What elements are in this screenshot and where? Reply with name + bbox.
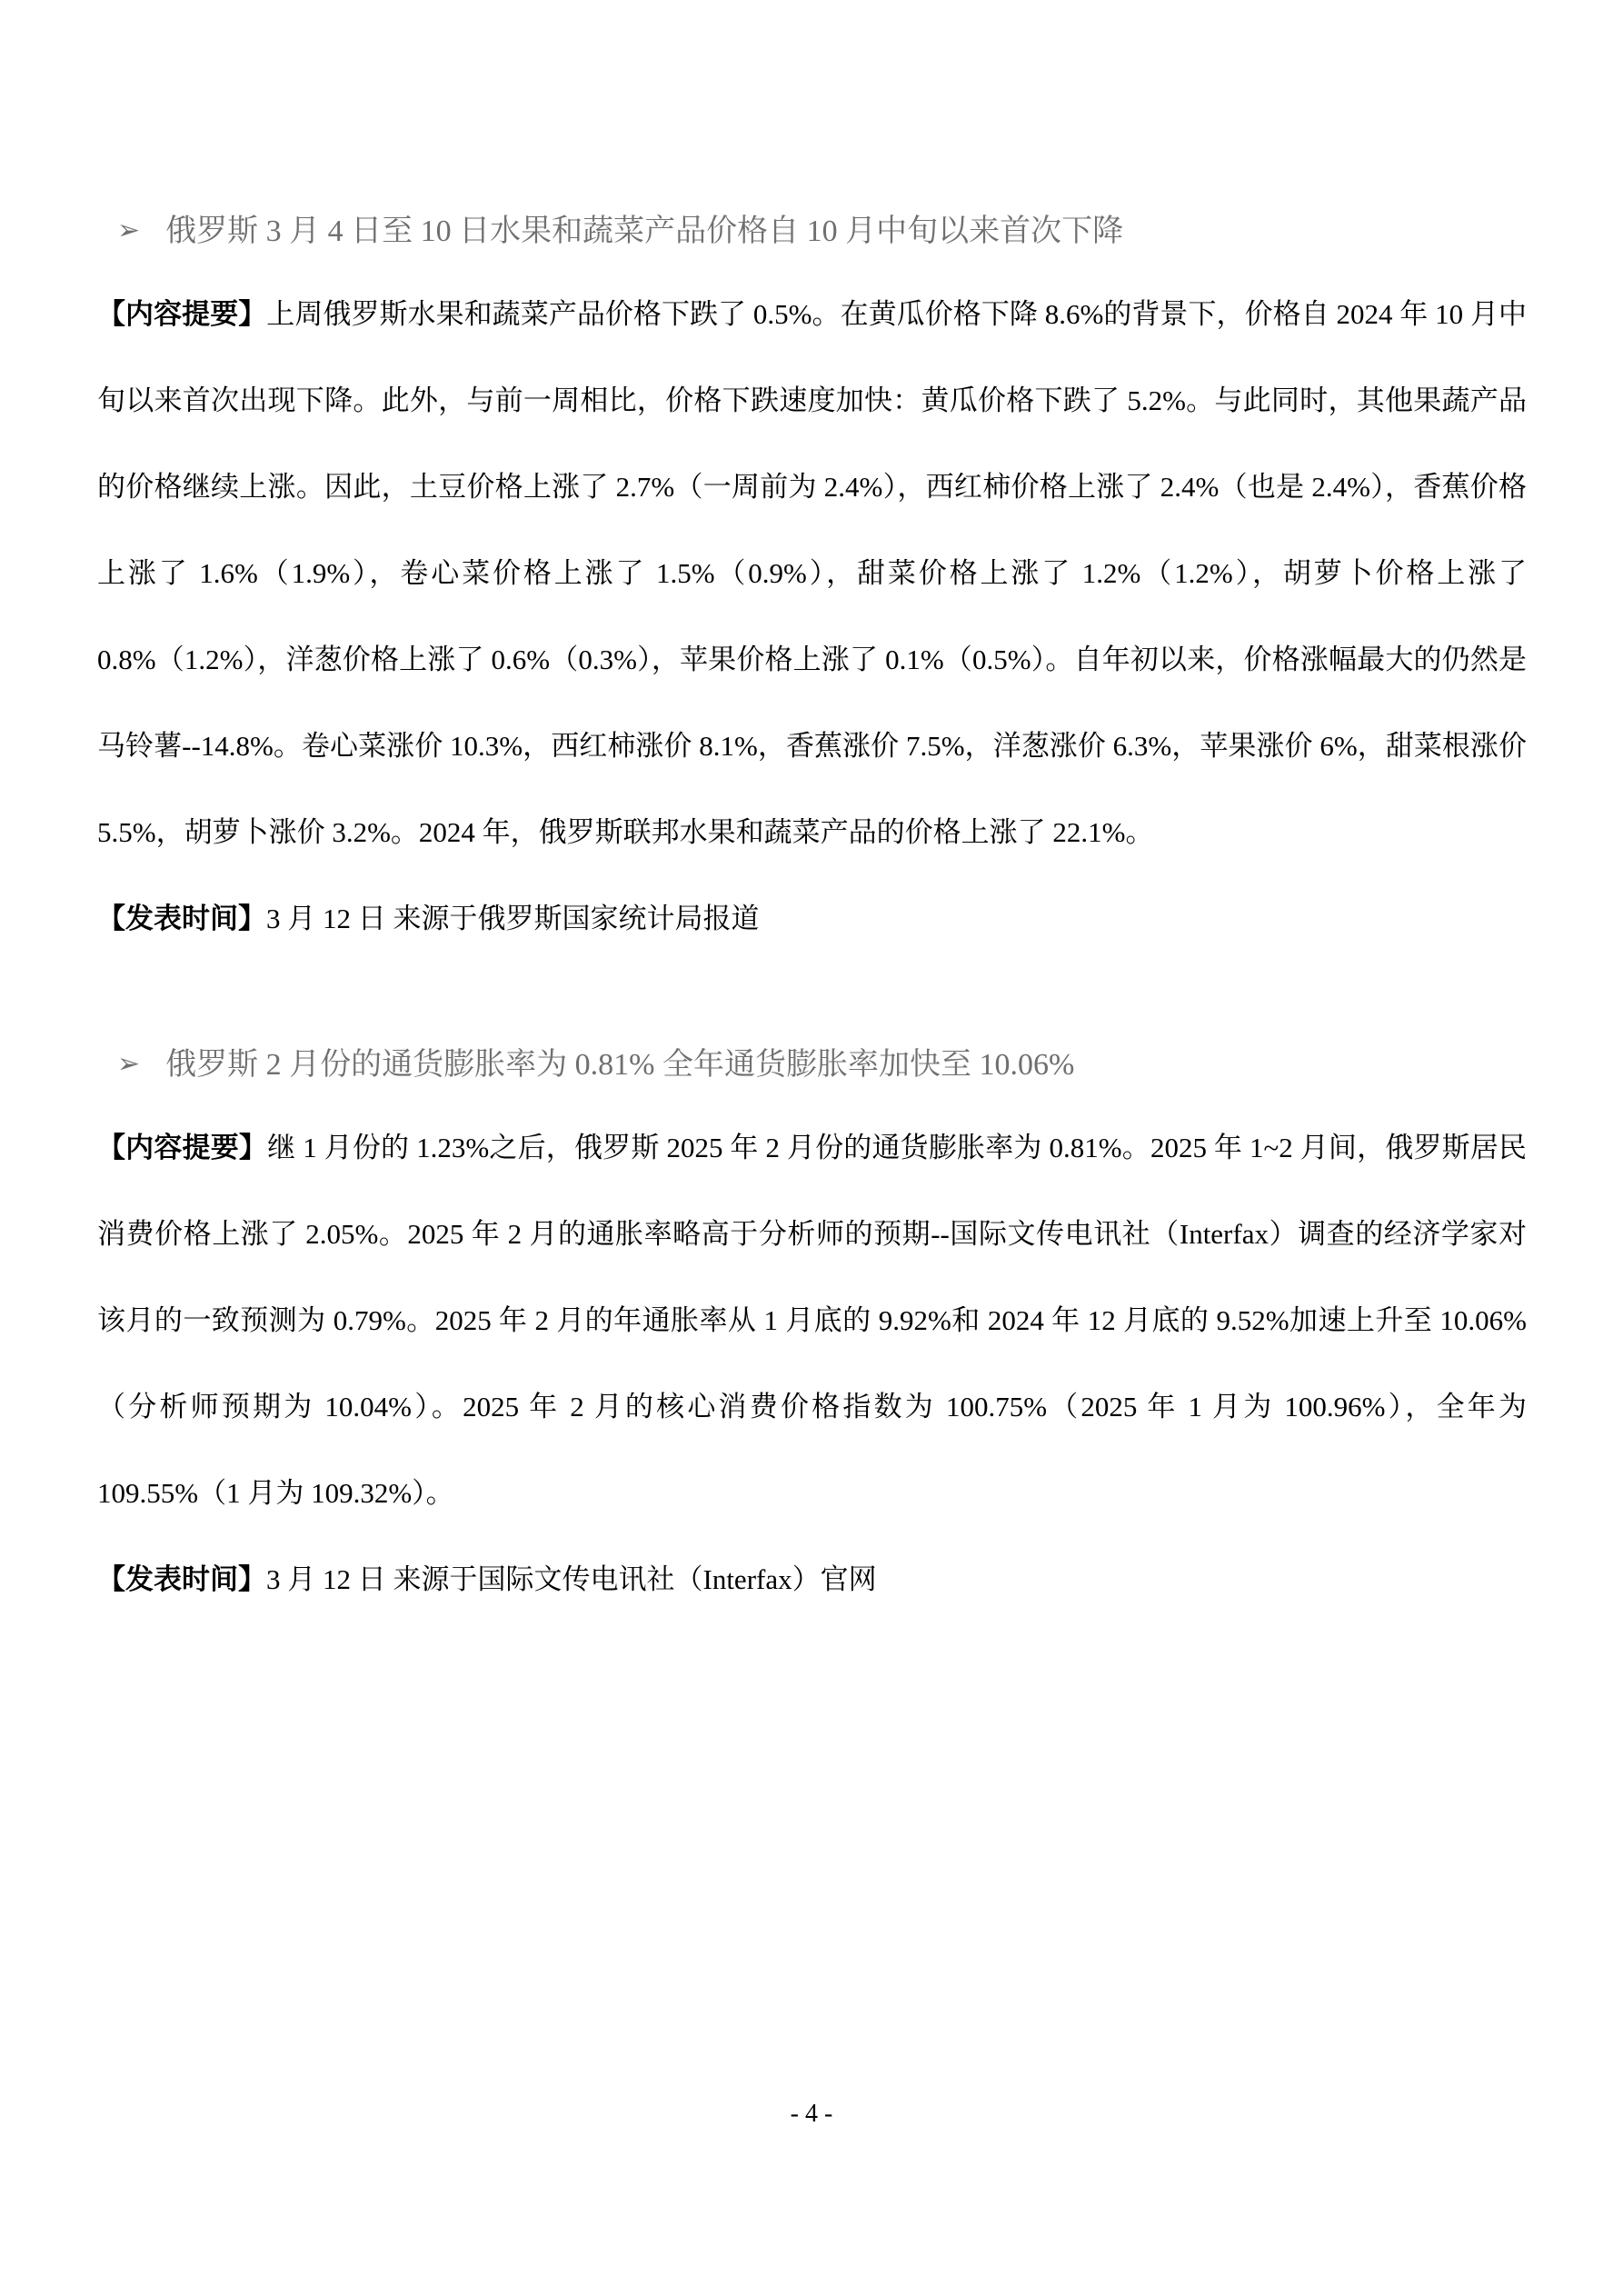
section-title: 俄罗斯 2 月份的通货膨胀率为 0.81% 全年通货膨胀率加快至 10.06%: [165, 1048, 1074, 1082]
section-title: 俄罗斯 3 月 4 日至 10 日水果和蔬菜产品价格自 10 月中旬以来首次下降: [165, 215, 1123, 248]
page-footer: - 4 -: [0, 2100, 1623, 2129]
date-label: 【发表时间】: [97, 1563, 266, 1595]
section-heading: ➢俄罗斯 2 月份的通货膨胀率为 0.81% 全年通货膨胀率加快至 10.06%: [97, 1038, 1527, 1093]
section-summary-paragraph: 【内容提要】继 1 月份的 1.23%之后，俄罗斯 2025 年 2 月份的通货…: [97, 1104, 1527, 1536]
section-date-line: 【发表时间】3 月 12 日 来源于国际文传电讯社（Interfax）官网: [97, 1536, 1527, 1622]
summary-label: 【内容提要】: [97, 1132, 267, 1163]
arrow-bullet-icon: ➢: [117, 1037, 140, 1092]
section-summary-paragraph: 【内容提要】上周俄罗斯水果和蔬菜产品价格下跌了 0.5%。在黄瓜价格下降 8.6…: [97, 271, 1527, 875]
arrow-bullet-icon: ➢: [117, 204, 140, 258]
section-date-line: 【发表时间】3 月 12 日 来源于俄罗斯国家统计局报道: [97, 875, 1527, 962]
summary-text: 继 1 月份的 1.23%之后，俄罗斯 2025 年 2 月份的通货膨胀率为 0…: [97, 1132, 1527, 1509]
date-text: 3 月 12 日 来源于国际文传电讯社（Interfax）官网: [266, 1563, 877, 1595]
document-page: ➢俄罗斯 3 月 4 日至 10 日水果和蔬菜产品价格自 10 月中旬以来首次下…: [0, 0, 1623, 2296]
summary-text: 上周俄罗斯水果和蔬菜产品价格下跌了 0.5%。在黄瓜价格下降 8.6%的背景下，…: [97, 298, 1527, 848]
news-section-inflation: ➢俄罗斯 2 月份的通货膨胀率为 0.81% 全年通货膨胀率加快至 10.06%…: [97, 1038, 1527, 1622]
date-text: 3 月 12 日 来源于俄罗斯国家统计局报道: [266, 903, 760, 934]
summary-label: 【内容提要】: [97, 298, 266, 330]
section-heading: ➢俄罗斯 3 月 4 日至 10 日水果和蔬菜产品价格自 10 月中旬以来首次下…: [97, 205, 1527, 260]
page-number: - 4 -: [791, 2100, 833, 2128]
date-label: 【发表时间】: [97, 903, 266, 934]
news-section-fruit-veg-prices: ➢俄罗斯 3 月 4 日至 10 日水果和蔬菜产品价格自 10 月中旬以来首次下…: [97, 205, 1527, 962]
